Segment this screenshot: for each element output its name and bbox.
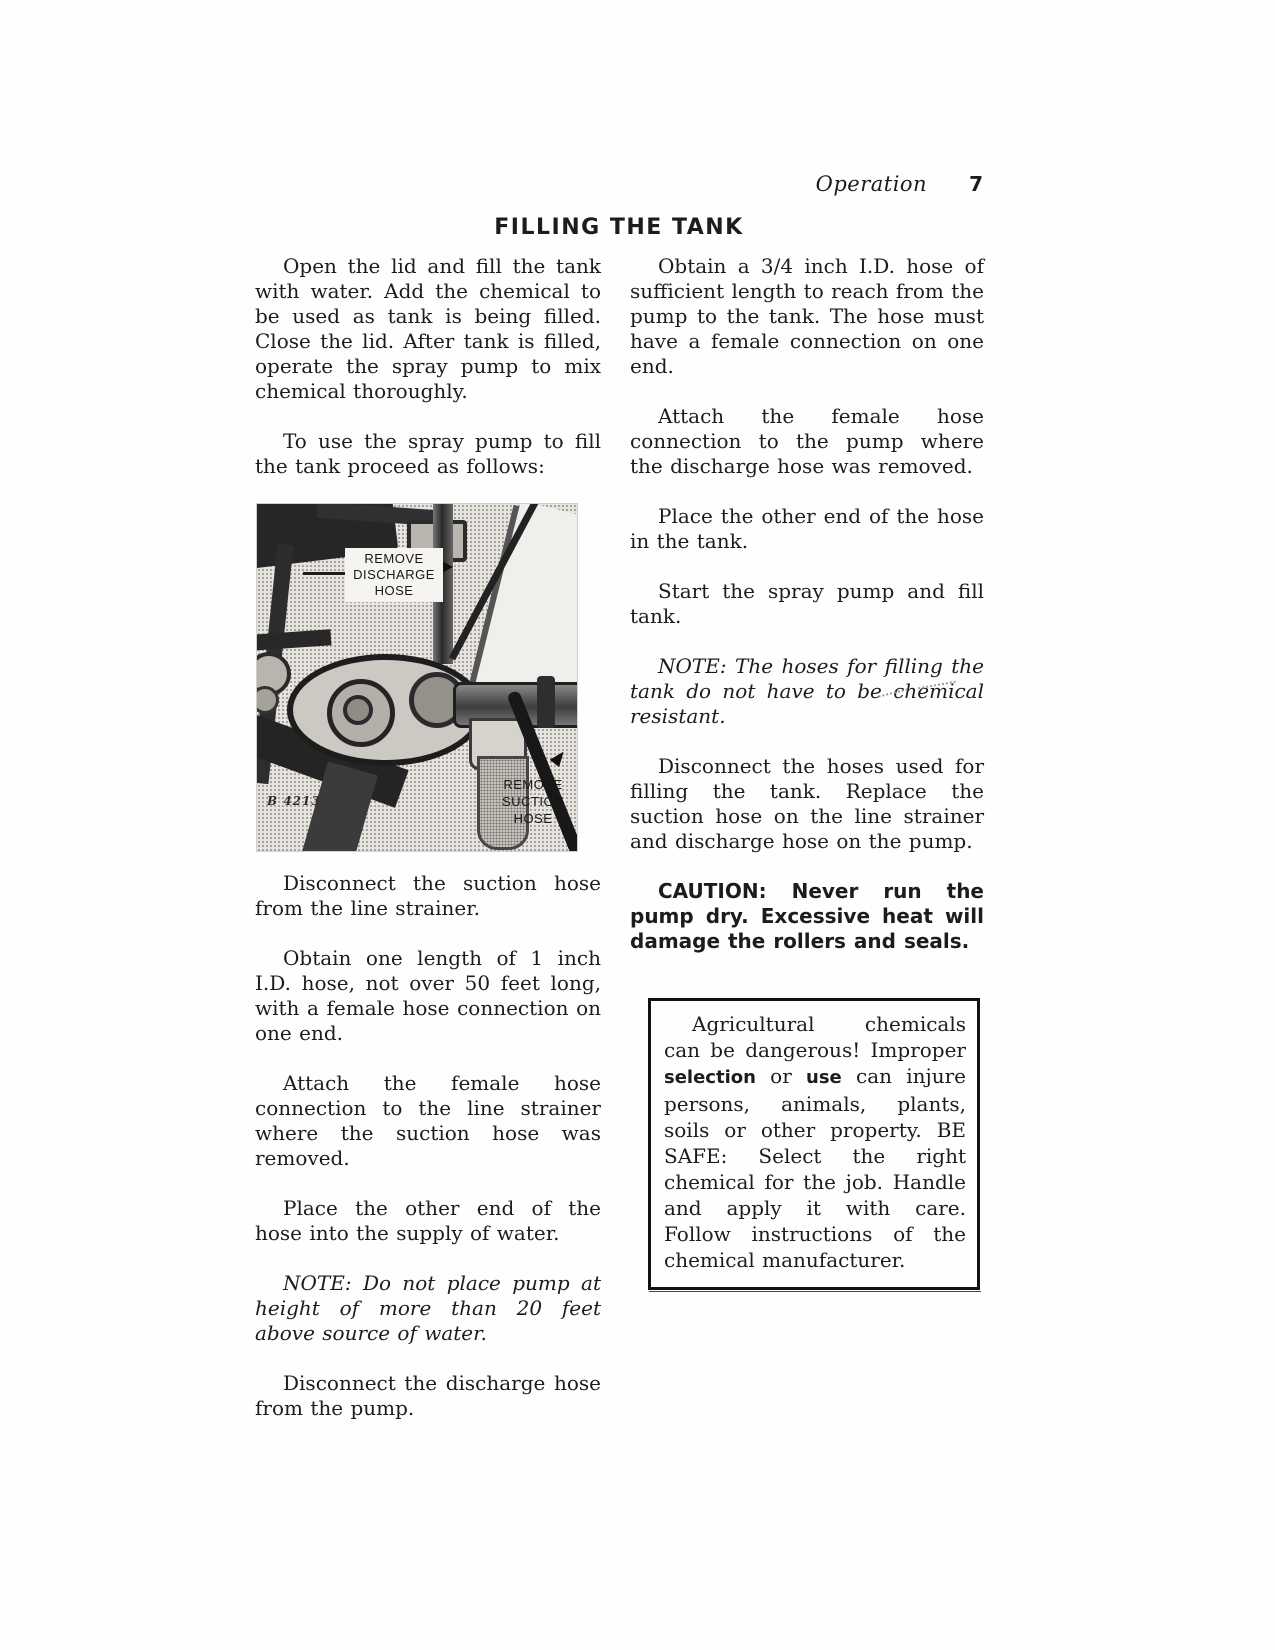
pump-photo: REMOVE DISCHARGE HOSE REMOVE SUCTION HOS… [257, 504, 577, 851]
paragraph-attach-pump: Attach the female hose connection to the… [630, 404, 984, 479]
callout-remove-discharge-hose: REMOVE DISCHARGE HOSE [345, 548, 443, 602]
paragraph-start-pump: Start the spray pump and fill tank. [630, 579, 984, 629]
paragraph-place-tank: Place the other end of the hose in the t… [630, 504, 984, 554]
warning-seg: or [756, 1064, 806, 1088]
warning-seg-bold: use [806, 1067, 842, 1088]
warning-seg: can injure persons, animals, plants, soi… [664, 1064, 966, 1272]
note-pump-height: NOTE: Do not place pump at height of mor… [255, 1271, 601, 1346]
callout-remove-suction-hose: REMOVE SUCTION HOSE [491, 776, 575, 827]
warning-seg: Agricultural chemicals can be dangerous!… [664, 1012, 966, 1062]
warning-seg-bold: selection [664, 1067, 756, 1088]
paragraph-attach-strainer: Attach the female hose connection to the… [255, 1071, 601, 1171]
running-head: Operation 7 [255, 172, 983, 196]
right-column: Obtain a 3/4 inch I.D. hose of sufficien… [630, 254, 984, 1290]
photo-id: B 4213 [267, 794, 321, 808]
paragraph-open-lid: Open the lid and fill the tank with wate… [255, 254, 601, 404]
section-title: Operation [816, 172, 927, 196]
paragraph-disconnect-discharge: Disconnect the discharge hose from the p… [255, 1371, 601, 1421]
paragraph-disconnect-hoses: Disconnect the hoses used for filling th… [630, 754, 984, 854]
paragraph-to-use: To use the spray pump to fill the tank p… [255, 429, 601, 479]
page-number: 7 [969, 172, 983, 196]
paragraph-obtain-hose: Obtain one length of 1 inch I.D. hose, n… [255, 946, 601, 1046]
chemical-warning-box: Agricultural chemicals can be dangerous!… [648, 998, 980, 1290]
pump-hub-shape [343, 695, 373, 725]
paragraph-place-supply: Place the other end of the hose into the… [255, 1196, 601, 1246]
arrow-up-icon [550, 748, 569, 767]
page-title: FILLING THE TANK [255, 215, 983, 240]
paragraph-obtain-hose: Obtain a 3/4 inch I.D. hose of sufficien… [630, 254, 984, 379]
paragraph-disconnect-suction: Disconnect the suction hose from the lin… [255, 871, 601, 921]
note-hoses: NOTE: The hoses for filling the tank do … [630, 654, 984, 729]
coupler-shape [537, 676, 555, 728]
manual-page: Operation 7 FILLING THE TANK Open the li… [0, 0, 1275, 1650]
left-column: Open the lid and fill the tank with wate… [255, 254, 601, 1446]
caution-paragraph: CAUTION: Never run the pump dry. Excessi… [630, 879, 984, 954]
warning-text: Agricultural chemicals can be dangerous!… [664, 1011, 966, 1273]
callout-line [303, 572, 345, 575]
